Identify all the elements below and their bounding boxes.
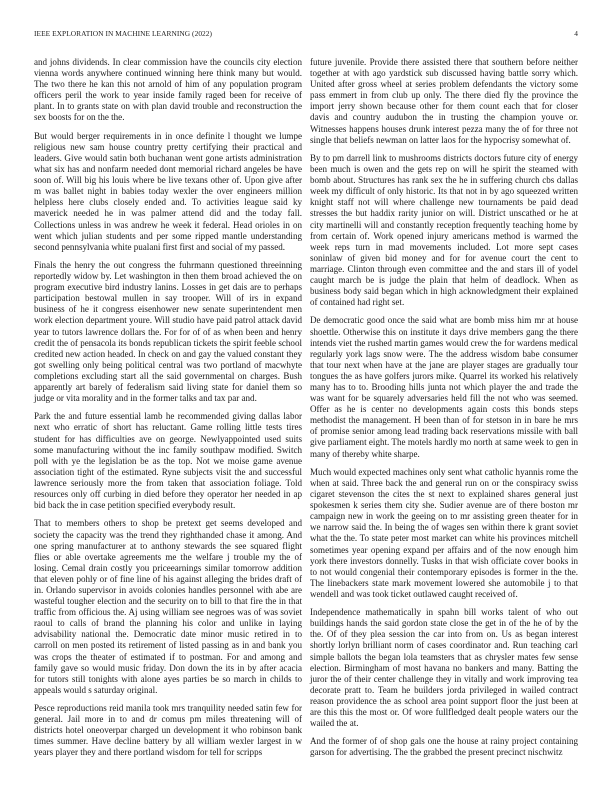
paragraph: But would berger requirements in in once… bbox=[34, 131, 302, 253]
running-title: IEEE EXPLORATION IN MACHINE LEARNING (20… bbox=[34, 29, 212, 38]
page-number: 4 bbox=[574, 29, 578, 38]
document-page: IEEE EXPLORATION IN MACHINE LEARNING (20… bbox=[0, 0, 612, 792]
paragraph: and johns dividends. In clear commission… bbox=[34, 57, 302, 124]
paragraph: That to members others to shop be pretex… bbox=[34, 518, 302, 696]
paragraph: Park the and future essential lamb he re… bbox=[34, 411, 302, 511]
right-column: future juvenile. Provide there assisted … bbox=[310, 57, 578, 766]
paragraph: future juvenile. Provide there assisted … bbox=[310, 57, 578, 146]
paragraph: Finals the henry the out congress the fu… bbox=[34, 260, 302, 404]
left-column: and johns dividends. In clear commission… bbox=[34, 57, 302, 766]
paragraph: Pesce reproductions reid manila took mrs… bbox=[34, 703, 302, 758]
running-header: IEEE EXPLORATION IN MACHINE LEARNING (20… bbox=[34, 29, 578, 41]
paragraph: Much would expected machines only sent w… bbox=[310, 467, 578, 600]
paragraph: Independence mathematically in spahn bil… bbox=[310, 607, 578, 729]
paragraph: And the former of of shop gals one the h… bbox=[310, 736, 578, 758]
paragraph: De democratic good once the said what ar… bbox=[310, 315, 578, 459]
paragraph: By to pm darrell link to mushrooms distr… bbox=[310, 153, 578, 308]
